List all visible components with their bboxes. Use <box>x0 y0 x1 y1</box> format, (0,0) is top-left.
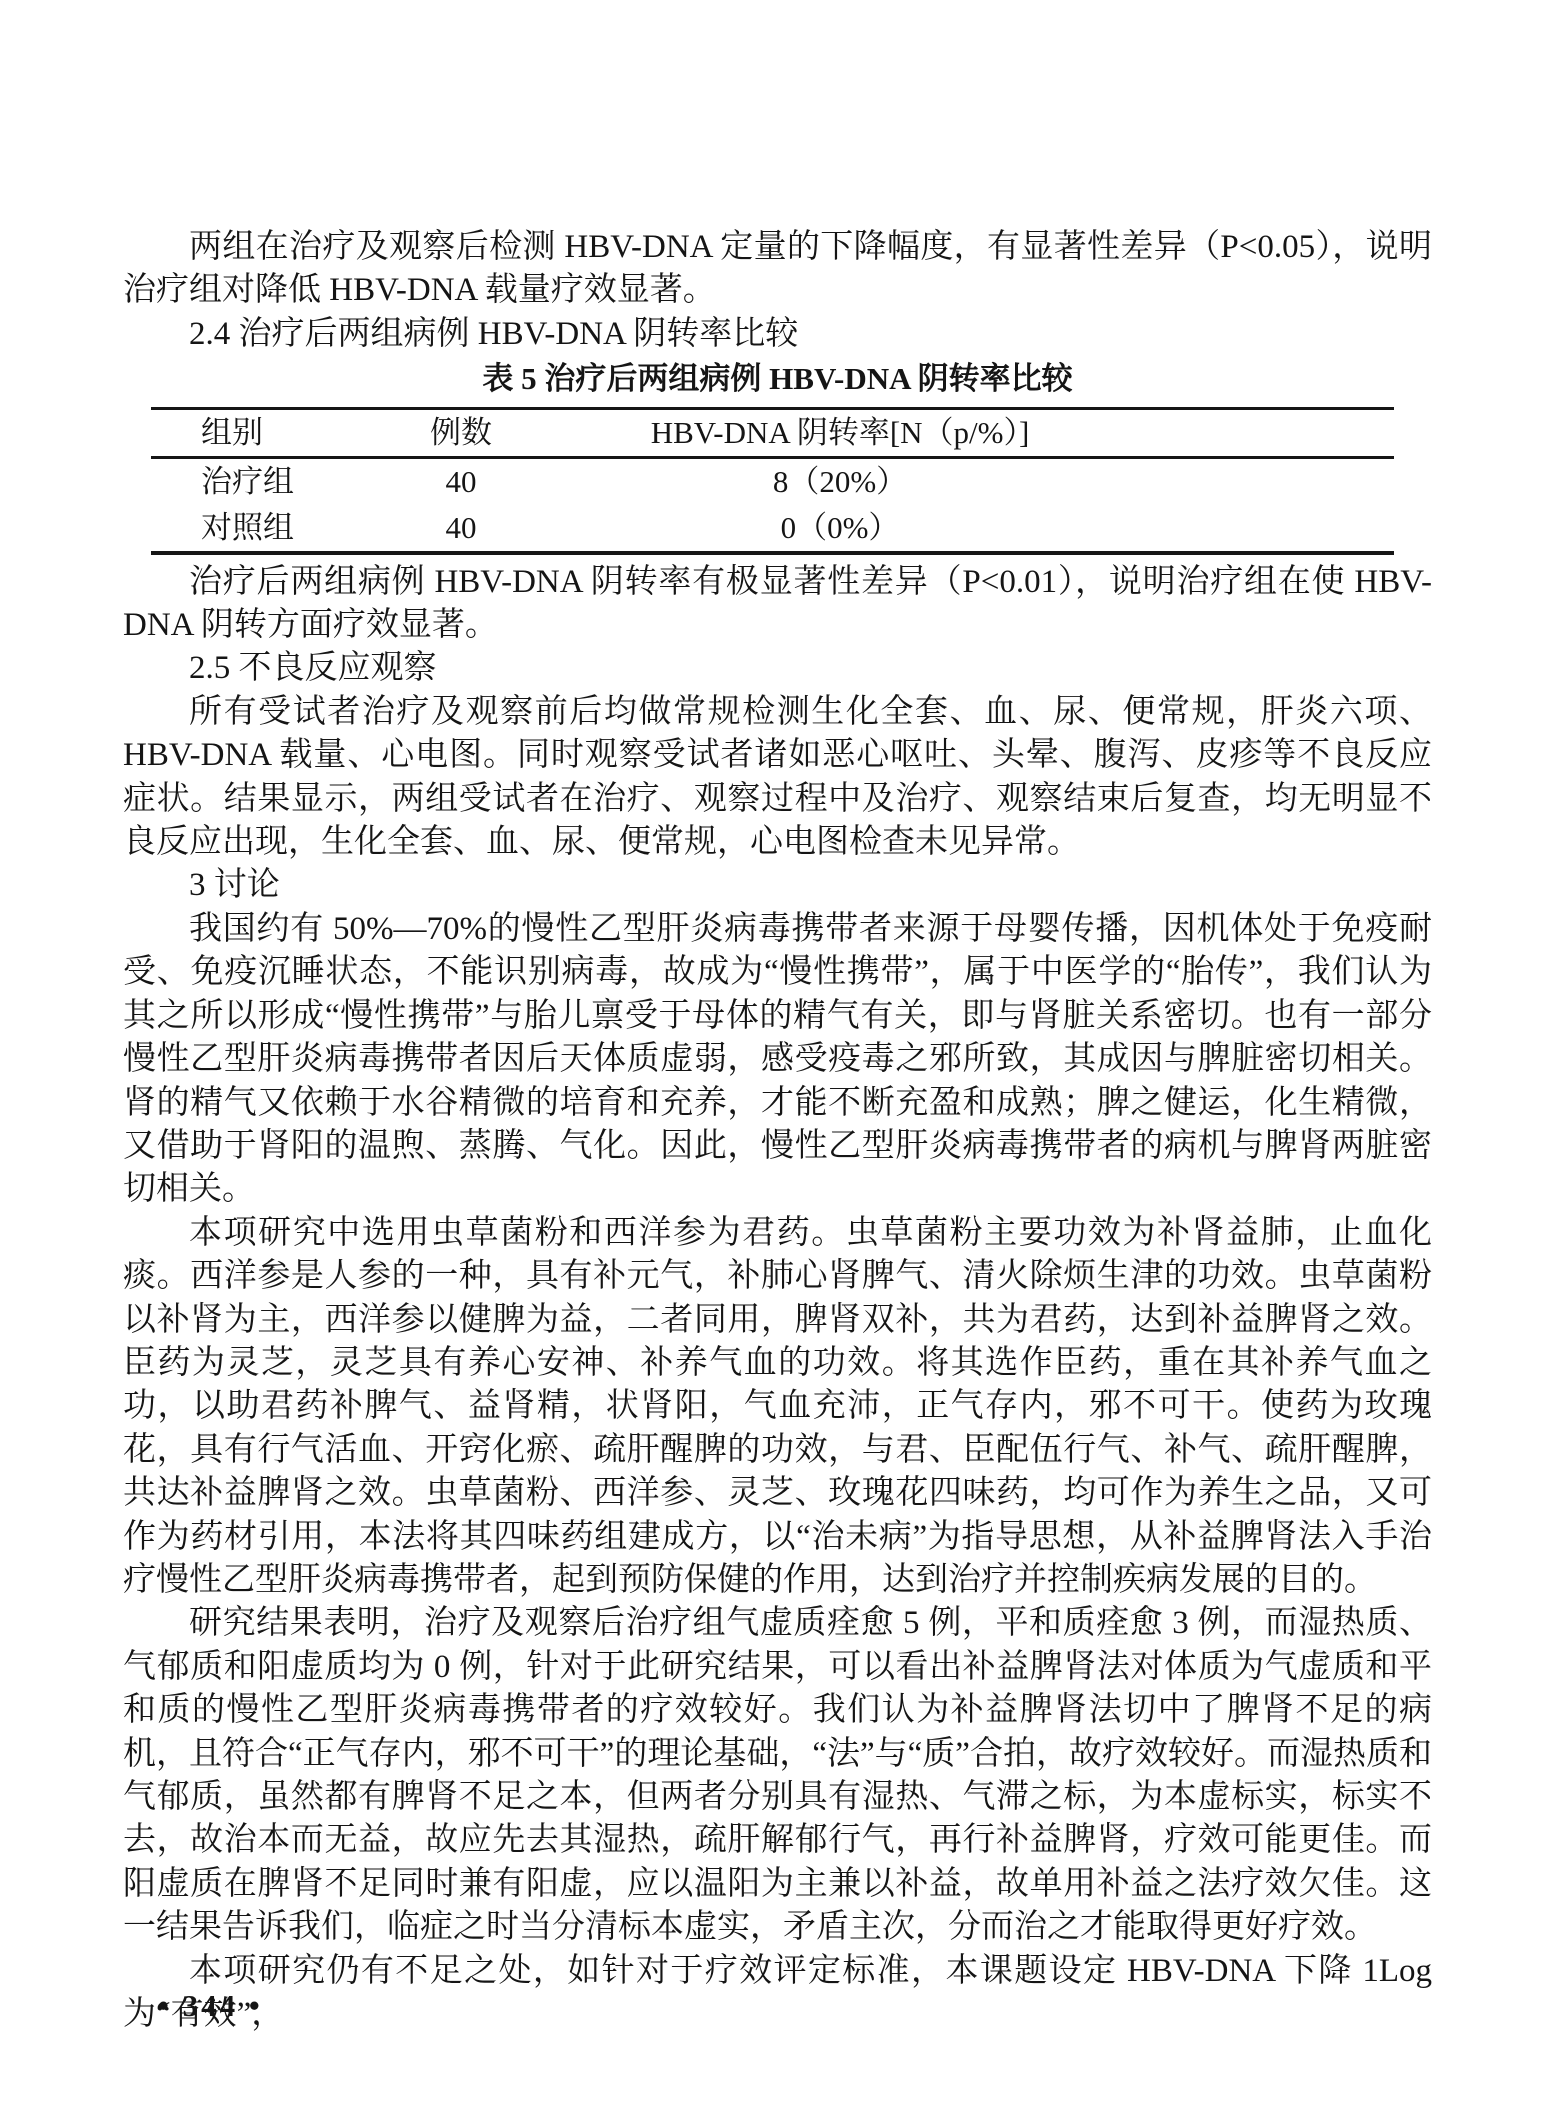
cell-group-name: 对照组 <box>151 505 396 553</box>
table5-caption: 表 5 治疗后两组病例 HBV-DNA 阴转率比较 <box>123 357 1432 400</box>
paragraph-hbv-dna-decline: 两组在治疗及观察后检测 HBV-DNA 定量的下降幅度，有显著性差异（P<0.0… <box>123 226 1432 313</box>
column-header-group: 组别 <box>151 408 396 457</box>
cell-case-count: 40 <box>396 457 526 505</box>
paragraph-discussion-results: 研究结果表明，治疗及观察后治疗组气虚质痊愈 5 例，平和质痊愈 3 例，而湿热质… <box>123 1602 1432 1949</box>
column-header-cases: 例数 <box>396 408 526 457</box>
paragraph-discussion-formula: 本项研究中选用虫草菌粉和西洋参为君药。虫草菌粉主要功效为补肾益肺，止血化痰。西洋… <box>123 1212 1432 1603</box>
page-body: 两组在治疗及观察后检测 HBV-DNA 定量的下降幅度，有显著性差异（P<0.0… <box>123 226 1432 2036</box>
table-row-control-group: 对照组 40 0（0%） <box>151 505 1394 553</box>
table5-negative-conversion: 组别 例数 HBV-DNA 阴转率[N（p/%）] 治疗组 40 8（20%） … <box>151 407 1394 555</box>
scanned-paper-page: 两组在治疗及观察后检测 HBV-DNA 定量的下降幅度，有显著性差异（P<0.0… <box>0 0 1544 2113</box>
cell-group-name: 治疗组 <box>151 457 396 505</box>
cell-conversion-rate: 0（0%） <box>526 505 1394 553</box>
section-heading-2-5: 2.5 不良反应观察 <box>123 647 1432 690</box>
table-header-row: 组别 例数 HBV-DNA 阴转率[N（p/%）] <box>151 408 1394 457</box>
cell-case-count: 40 <box>396 505 526 553</box>
paragraph-discussion-limitations: 本项研究仍有不足之处，如针对于疗效评定标准，本课题设定 HBV-DNA 下降 1… <box>123 1950 1432 2037</box>
cell-conversion-rate: 8（20%） <box>526 457 1394 505</box>
paragraph-discussion-etiology: 我国约有 50%—70%的慢性乙型肝炎病毒携带者来源于母婴传播，因机体处于免疫耐… <box>123 908 1432 1212</box>
paragraph-conversion-significance: 治疗后两组病例 HBV-DNA 阴转率有极显著性差异（P<0.01），说明治疗组… <box>123 561 1432 648</box>
column-header-rate: HBV-DNA 阴转率[N（p/%）] <box>526 408 1394 457</box>
page-number: • 344 • <box>158 1984 263 2027</box>
paragraph-adverse-reactions: 所有受试者治疗及观察前后均做常规检测生化全套、血、尿、便常规，肝炎六项、HBV-… <box>123 691 1432 865</box>
section-heading-2-4: 2.4 治疗后两组病例 HBV-DNA 阴转率比较 <box>123 313 1432 356</box>
table-row-treatment-group: 治疗组 40 8（20%） <box>151 457 1394 505</box>
section-heading-3-discussion: 3 讨论 <box>123 864 1432 907</box>
